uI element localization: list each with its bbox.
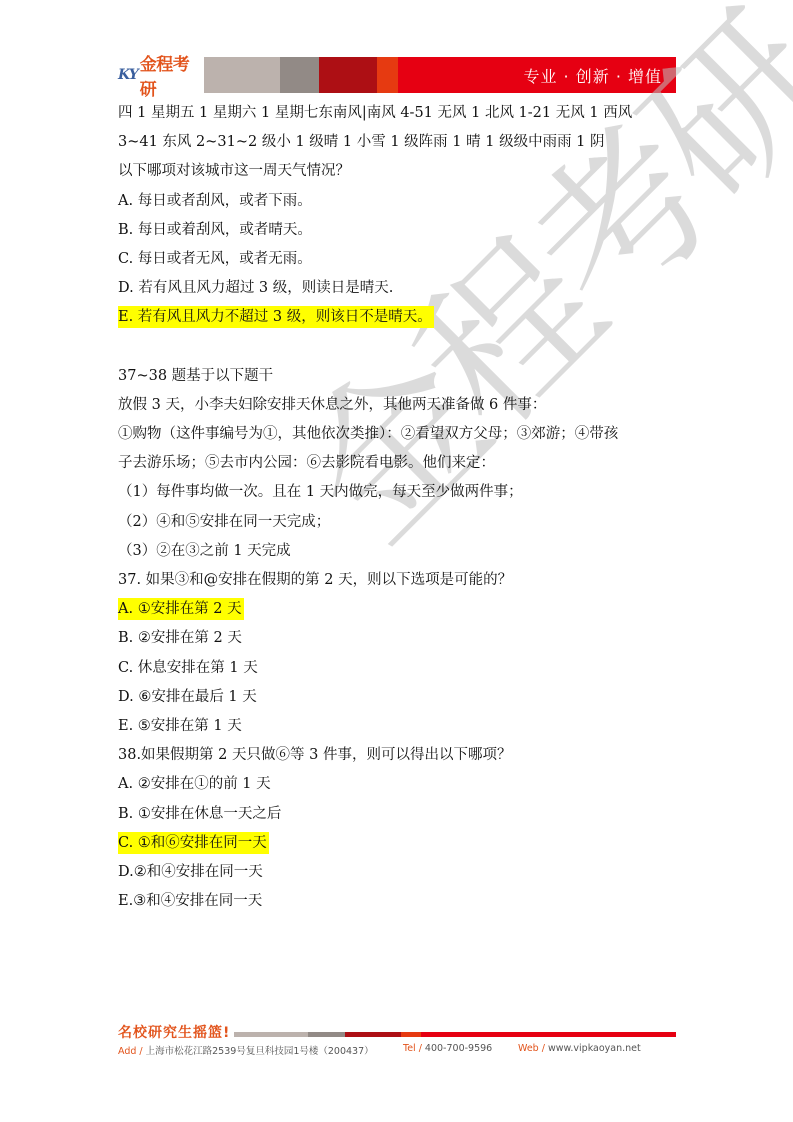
q38-option-c: C. ①和⑥安排在同一天 (118, 829, 688, 858)
q37-option-b: B. ②安排在第 2 天 (118, 624, 688, 653)
banner-segment (204, 57, 280, 93)
q37-option-a: A. ①安排在第 2 天 (118, 595, 688, 624)
q38-option-a: A. ②安排在①的前 1 天 (118, 770, 688, 799)
q37-option-d: D. ⑥安排在最后 1 天 (118, 683, 688, 712)
banner-segment (280, 57, 319, 93)
q36-option-a: A. 每日或者刮风，或者下雨。 (118, 187, 688, 216)
question-36-prompt: 以下哪项对该城市这一周天气情况？ (118, 157, 688, 186)
header-banner: KY 金程考研 专业 · 创新 · 增值 (118, 57, 676, 93)
document-body: 四 1 星期五 1 星期六 1 星期七东南风|南风 4-51 无风 1 北风 1… (118, 99, 688, 916)
q36-option-d: D. 若有风且风力超过 3 级，则读日是晴天. (118, 274, 688, 303)
spacer (118, 333, 688, 362)
address-value: 上海市松花江路2539号复旦科技园1号楼（200437） (146, 1046, 374, 1057)
option-text: D. ⑥安排在最后 1 天 (118, 689, 257, 705)
question-38-prompt: 38.如果假期第 2 天只做⑥等 3 件事，则可以得出以下哪项？ (118, 741, 688, 770)
question-37-prompt: 37. 如果③和@安排在假期的第 2 天，则以下选项是可能的？ (118, 566, 688, 595)
option-text: E. ⑤安排在第 1 天 (118, 718, 242, 734)
option-text: B. ②安排在第 2 天 (118, 630, 242, 646)
stem-title: 37~38 题基于以下题干 (118, 362, 688, 391)
banner-segment (377, 57, 398, 93)
logo-mark-icon: KY (118, 67, 138, 83)
stem-line: 放假 3 天，小李夫妇除安排天休息之外，其他两天准备做 6 件事： (118, 391, 688, 420)
q38-option-e: E.③和④安排在同一天 (118, 887, 688, 916)
option-text: A. 每日或者刮风，或者下雨。 (118, 193, 312, 209)
footer-color-bar (234, 1032, 676, 1037)
highlighted-answer: A. ①安排在第 2 天 (118, 598, 244, 620)
q38-option-b: B. ①安排在休息一天之后 (118, 800, 688, 829)
tel-label: Tel / (403, 1043, 425, 1054)
address-label: Add / (118, 1046, 146, 1057)
highlighted-answer: C. ①和⑥安排在同一天 (118, 832, 269, 854)
stem-condition: （3）②在③之前 1 天完成 (118, 537, 688, 566)
q37-option-e: E. ⑤安排在第 1 天 (118, 712, 688, 741)
tel-value: 400-700-9596 (425, 1043, 492, 1054)
option-text: C. 每日或者无风，或者无雨。 (118, 251, 312, 267)
footer-slogan: 名校研究生摇篮! (118, 1022, 230, 1042)
option-text: E.③和④安排在同一天 (118, 893, 262, 909)
stem-condition: （2）④和⑤安排在同一天完成； (118, 508, 688, 537)
stem-line: ①购物（这件事编号为①，其他依次类推）：②看望双方父母；③郊游；④带孩 (118, 420, 688, 449)
footer-tel: Tel / 400-700-9596 (403, 1043, 513, 1057)
banner-segment (319, 57, 377, 93)
logo-text: 金程考研 (140, 50, 204, 100)
footer: 名校研究生摇篮! Add / 上海市松花江路2539号复旦科技园1号楼（2004… (118, 1024, 676, 1057)
q36-option-c: C. 每日或者无风，或者无雨。 (118, 245, 688, 274)
q37-option-c: C. 休息安排在第 1 天 (118, 654, 688, 683)
footer-address: Add / 上海市松花江路2539号复旦科技园1号楼（200437） (118, 1043, 378, 1057)
option-text: B. 每日或着刮风，或者晴天。 (118, 222, 312, 238)
web-link[interactable]: www.vipkaoyan.net (548, 1043, 641, 1054)
option-text: D.②和④安排在同一天 (118, 864, 263, 880)
logo: KY 金程考研 (118, 57, 204, 93)
banner-segment: 专业 · 创新 · 增值 (398, 57, 676, 93)
weather-table-line: 3~41 东风 2~31~2 级小 1 级晴 1 小雪 1 级阵雨 1 晴 1 … (118, 128, 688, 157)
highlighted-answer: E. 若有风且风力不超过 3 级，则该日不是晴天。 (118, 306, 434, 328)
stem-line: 子去游乐场；⑤去市内公园：⑥去影院看电影。他们来定： (118, 449, 688, 478)
weather-table-line: 四 1 星期五 1 星期六 1 星期七东南风|南风 4-51 无风 1 北风 1… (118, 99, 688, 128)
web-label: Web / (518, 1043, 548, 1054)
q38-option-d: D.②和④安排在同一天 (118, 858, 688, 887)
option-text: A. ②安排在①的前 1 天 (118, 776, 271, 792)
q36-option-e: E. 若有风且风力不超过 3 级，则该日不是晴天。 (118, 303, 688, 332)
header-slogan: 专业 · 创新 · 增值 (523, 64, 662, 87)
option-text: D. 若有风且风力超过 3 级，则读日是晴天. (118, 280, 393, 296)
option-text: C. 休息安排在第 1 天 (118, 660, 258, 676)
q36-option-b: B. 每日或着刮风，或者晴天。 (118, 216, 688, 245)
stem-condition: （1）每件事均做一次。且在 1 天内做完，每天至少做两件事； (118, 478, 688, 507)
footer-web: Web / www.vipkaoyan.net (518, 1043, 641, 1057)
option-text: B. ①安排在休息一天之后 (118, 806, 281, 822)
